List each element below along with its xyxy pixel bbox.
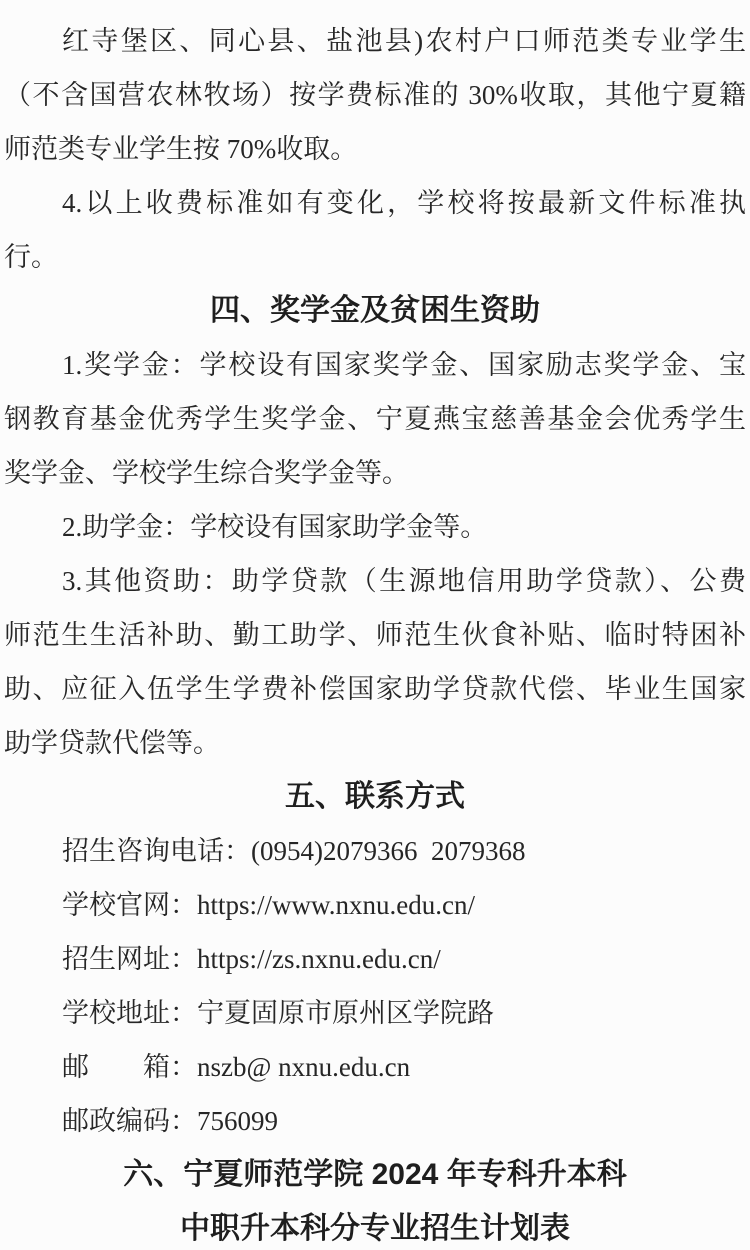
- paragraph-fee-line-3: 师范类专业学生按 70%收取。: [4, 122, 746, 176]
- paragraph-other-aid-line-4: 助学贷款代偿等。: [4, 716, 746, 770]
- paragraph-fee-line-1: 红寺堡区、同心县、盐池县)农村户口师范类专业学生: [4, 14, 746, 68]
- contact-email-line: 邮 箱：nszb@ nxnu.edu.cn: [4, 1040, 746, 1094]
- contact-address-line: 学校地址：宁夏固原市原州区学院路: [4, 986, 746, 1040]
- paragraph-fee-line-2: （不含国营农林牧场）按学费标准的 30%收取，其他宁夏籍: [4, 68, 746, 122]
- contact-postal-code-line: 邮政编码：756099: [4, 1094, 746, 1148]
- paragraph-scholarship-line-2: 钢教育基金优秀学生奖学金、宁夏燕宝慈善基金会优秀学生: [4, 392, 746, 446]
- paragraph-scholarship-line-1: 1.奖学金：学校设有国家奖学金、国家励志奖学金、宝: [4, 338, 746, 392]
- paragraph-other-aid-line-3: 助、应征入伍学生学费补偿国家助学贷款代偿、毕业生国家: [4, 662, 746, 716]
- paragraph-note4-line-2: 行。: [4, 230, 746, 284]
- contact-admissions-site-line: 招生网址：https://zs.nxnu.edu.cn/: [4, 932, 746, 986]
- paragraph-grant-line: 2.助学金：学校设有国家助学金等。: [4, 500, 746, 554]
- paragraph-scholarship-line-3: 奖学金、学校学生综合奖学金等。: [4, 446, 746, 500]
- section-heading-contact: 五、联系方式: [4, 770, 746, 824]
- section-heading-plan-table-line-1: 六、宁夏师范学院 2024 年专科升本科: [4, 1148, 746, 1202]
- section-heading-plan-table-line-2: 中职升本科分专业招生计划表: [4, 1202, 746, 1250]
- document-page: 红寺堡区、同心县、盐池县)农村户口师范类专业学生 （不含国营农林牧场）按学费标准…: [0, 0, 750, 1250]
- paragraph-other-aid-line-1: 3.其他资助：助学贷款（生源地信用助学贷款）、公费: [4, 554, 746, 608]
- paragraph-other-aid-line-2: 师范生生活补助、勤工助学、师范生伙食补贴、临时特困补: [4, 608, 746, 662]
- paragraph-note4-line-1: 4.以上收费标准如有变化，学校将按最新文件标准执: [4, 176, 746, 230]
- contact-phone-line: 招生咨询电话：(0954)2079366 2079368: [4, 824, 746, 878]
- section-heading-scholarship: 四、奖学金及贫困生资助: [4, 284, 746, 338]
- contact-website-line: 学校官网：https://www.nxnu.edu.cn/: [4, 878, 746, 932]
